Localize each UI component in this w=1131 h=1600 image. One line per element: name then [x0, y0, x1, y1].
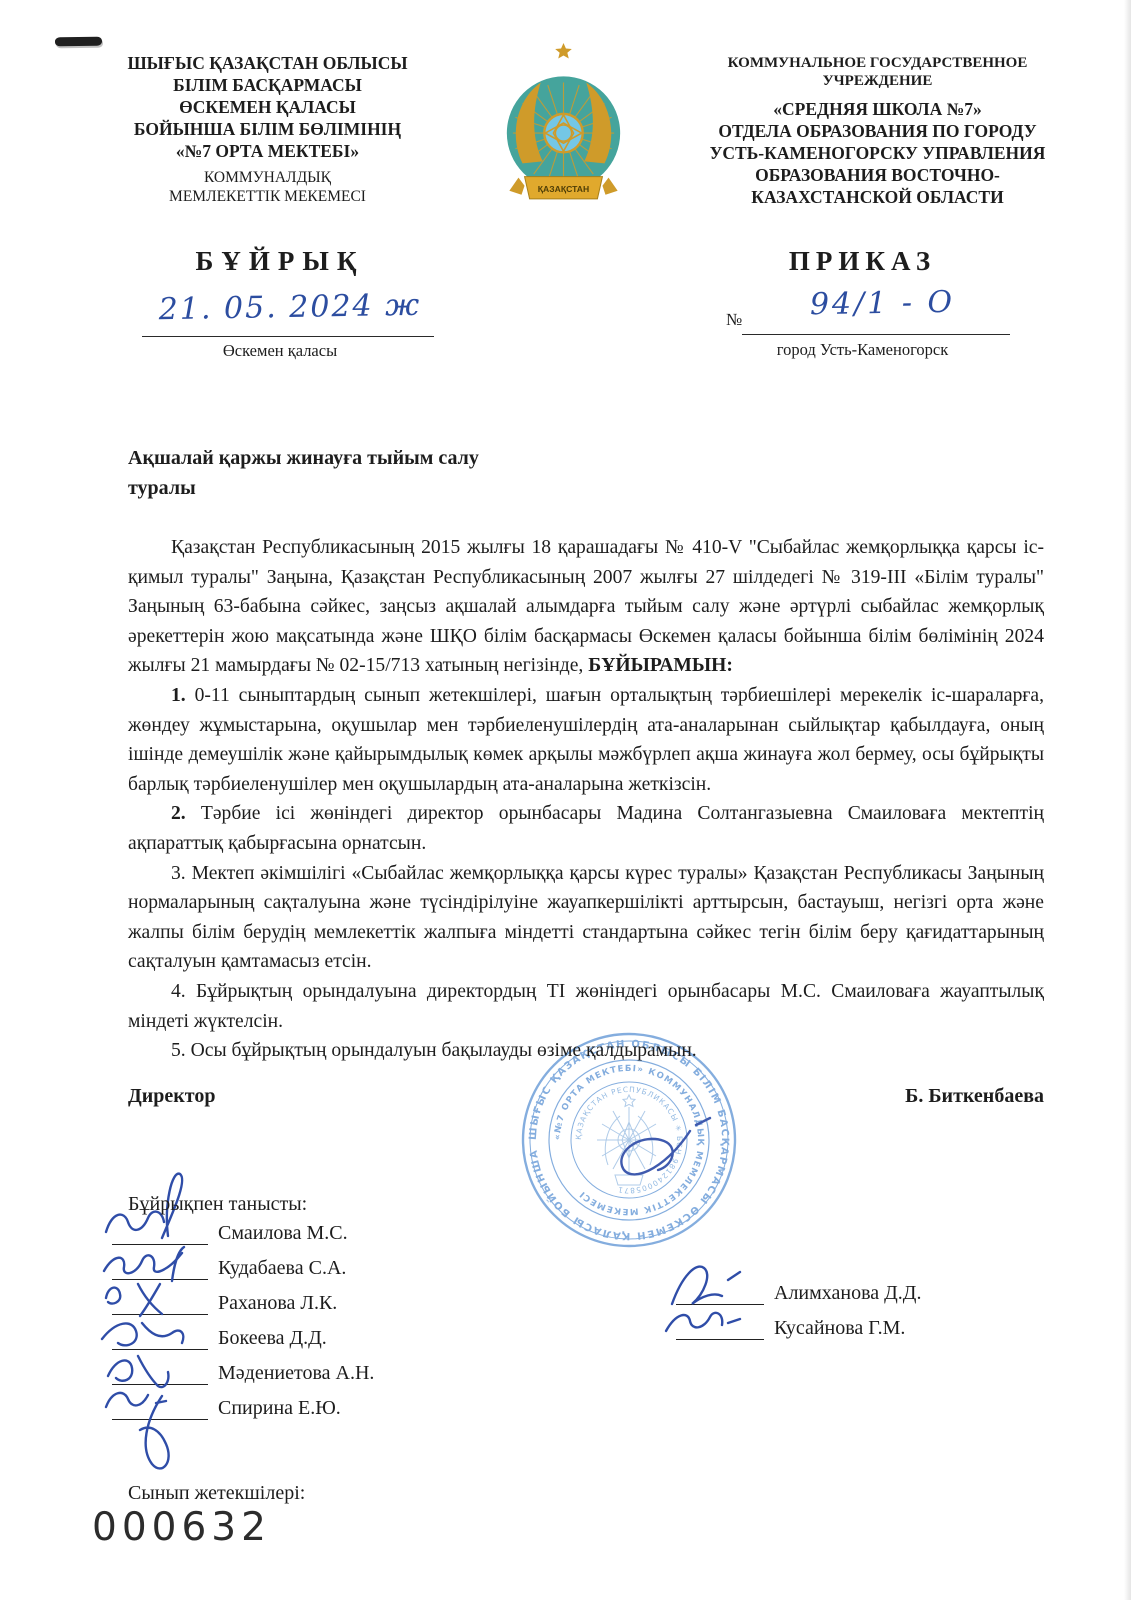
acquaintance-name: Спирина Е.Ю.	[218, 1397, 341, 1419]
kazakhstan-emblem-icon: ҚАЗАҚСТАН	[500, 40, 627, 212]
item-text: Тәрбие ісі жөніндегі директор орынбасары…	[128, 803, 1044, 854]
number-underline	[742, 334, 1010, 335]
item-number: 4.	[171, 981, 186, 1002]
place-russian: город Усть-Каменогорск	[690, 340, 1035, 360]
preamble-text: Қазақстан Республикасының 2015 жылғы 18 …	[128, 537, 1044, 676]
number-sign: №	[726, 310, 742, 330]
item-text: Мектеп әкімшілігі «Сыбайлас жемқорлыққа …	[128, 863, 1044, 973]
scanned-order-document: ШЫҒЫС ҚАЗАҚСТАН ОБЛЫСЫ БІЛІМ БАСҚАРМАСЫ …	[0, 0, 1131, 1600]
subject-line: Ақшалай қаржы жинауға тыйым салу	[128, 443, 768, 473]
org-name-russian: КОММУНАЛЬНОЕ ГОСУДАРСТВЕННОЕ УЧРЕЖДЕНИЕ …	[645, 54, 1110, 208]
order-subject: Ақшалай қаржы жинауға тыйым салу туралы	[128, 443, 768, 503]
item-number: 2.	[171, 803, 186, 824]
signature-line	[112, 1328, 208, 1350]
acquaintance-name: Кудабаева С.А.	[218, 1257, 346, 1279]
acquaintance-name: Раханова Л.К.	[218, 1292, 337, 1314]
acquaintance-row: Бокеева Д.Д.	[112, 1327, 512, 1362]
org-kk-line: ӨСКЕМЕН ҚАЛАСЫ	[90, 96, 445, 118]
acquaintance-row: Алимханова Д.Д.	[676, 1282, 1016, 1317]
org-name-kazakh: ШЫҒЫС ҚАЗАҚСТАН ОБЛЫСЫ БІЛІМ БАСҚАРМАСЫ …	[90, 52, 445, 206]
preamble-ordering-word: БҰЙЫРАМЫН:	[588, 655, 733, 676]
signature-line	[112, 1258, 208, 1280]
class-teachers-label: Сынып жетекшілері:	[128, 1482, 305, 1505]
org-kk-subline: КОММУНАЛДЫҚ	[90, 168, 445, 187]
acquaintance-name: Смаилова М.С.	[218, 1222, 348, 1244]
acquaintance-row: Кудабаева С.А.	[112, 1257, 512, 1292]
order-body: Қазақстан Республикасының 2015 жылғы 18 …	[128, 533, 1044, 1066]
signoff-row: Директор Б. Биткенбаева	[128, 1085, 1044, 1108]
item-text: Бұйрықтың орындалуына директордың ТІ жөн…	[128, 981, 1044, 1032]
acquaintance-row: Раханова Л.К.	[112, 1292, 512, 1327]
org-kk-line: ШЫҒЫС ҚАЗАҚСТАН ОБЛЫСЫ	[90, 52, 445, 74]
acquaintance-name: Алимханова Д.Д.	[774, 1282, 921, 1304]
signoff-position: Директор	[128, 1085, 216, 1108]
org-kk-line: БІЛІМ БАСҚАРМАСЫ	[90, 74, 445, 96]
order-item-2: 2. Тәрбие ісі жөніндегі директор орынбас…	[128, 799, 1044, 858]
item-number: 5.	[171, 1040, 186, 1061]
handwritten-order-number: 94/1 - О	[760, 284, 1006, 323]
org-ru-preline: УЧРЕЖДЕНИЕ	[645, 72, 1110, 90]
scan-artifact-dash	[55, 37, 102, 47]
acquaintance-label: Бұйрықпен танысты:	[128, 1193, 307, 1216]
preamble-paragraph: Қазақстан Республикасының 2015 жылғы 18 …	[128, 533, 1044, 681]
subject-line: туралы	[128, 473, 768, 503]
signature-line	[676, 1283, 764, 1305]
org-kk-subline: МЕМЛЕКЕТТІК МЕКЕМЕСІ	[90, 187, 445, 206]
acquaintance-name: Кусайнова Г.М.	[774, 1317, 905, 1339]
item-number: 1.	[171, 685, 186, 706]
signoff-name: Б. Биткенбаева	[905, 1085, 1044, 1108]
handwritten-date: 21. 05. 2024 ж	[140, 287, 441, 327]
item-number: 3.	[171, 863, 186, 884]
emblem-banner-label: ҚАЗАҚСТАН	[538, 184, 589, 194]
item-text: Осы бұйрықтың орындалуын бақылауды өзіме…	[186, 1040, 697, 1061]
org-ru-line: КАЗАХСТАНСКОЙ ОБЛАСТИ	[645, 186, 1110, 208]
place-kazakh: Өскемен қаласы	[95, 341, 465, 361]
org-kk-line: БОЙЫНША БІЛІМ БӨЛІМІНІҢ	[90, 118, 445, 140]
acquaintance-name: Мәдениетова А.Н.	[218, 1362, 374, 1384]
signature-line	[112, 1223, 208, 1245]
org-ru-line: ОБРАЗОВАНИЯ ВОСТОЧНО-	[645, 164, 1110, 186]
item-text: 0-11 сыныптардың сынып жетекшілері, шағы…	[128, 685, 1044, 795]
org-ru-line: УСТЬ-КАМЕНОГОРСКУ УПРАВЛЕНИЯ	[645, 142, 1110, 164]
order-title-kk: БҰЙРЫҚ	[95, 246, 465, 277]
acquaintance-row: Кусайнова Г.М.	[676, 1317, 1016, 1352]
document-registration-number: 000632	[92, 1505, 271, 1550]
order-item-5: 5. Осы бұйрықтың орындалуын бақылауды өз…	[128, 1036, 1044, 1066]
signature-tail-stroke	[118, 1392, 208, 1482]
order-item-4: 4. Бұйрықтың орындалуына директордың ТІ …	[128, 977, 1044, 1036]
org-ru-preline: КОММУНАЛЬНОЕ ГОСУДАРСТВЕННОЕ	[645, 54, 1110, 72]
order-title-ru: ПРИКАЗ	[690, 246, 1035, 277]
acquaintance-list-right: Алимханова Д.Д. Кусайнова Г.М.	[676, 1282, 1016, 1352]
org-ru-line: «СРЕДНЯЯ ШКОЛА №7»	[645, 98, 1110, 120]
signature-line	[112, 1363, 208, 1385]
org-kk-line: «№7 ОРТА МЕКТЕБІ»	[90, 140, 445, 162]
order-item-3: 3. Мектеп әкімшілігі «Сыбайлас жемқорлық…	[128, 859, 1044, 977]
acquaintance-row: Смаилова М.С.	[112, 1222, 512, 1257]
acquaintance-name: Бокеева Д.Д.	[218, 1327, 327, 1349]
signature-line	[112, 1293, 208, 1315]
signature-line	[676, 1318, 764, 1340]
org-ru-line: ОТДЕЛА ОБРАЗОВАНИЯ ПО ГОРОДУ	[645, 120, 1110, 142]
date-underline	[142, 336, 434, 337]
order-item-1: 1. 0-11 сыныптардың сынып жетекшілері, ш…	[128, 681, 1044, 799]
